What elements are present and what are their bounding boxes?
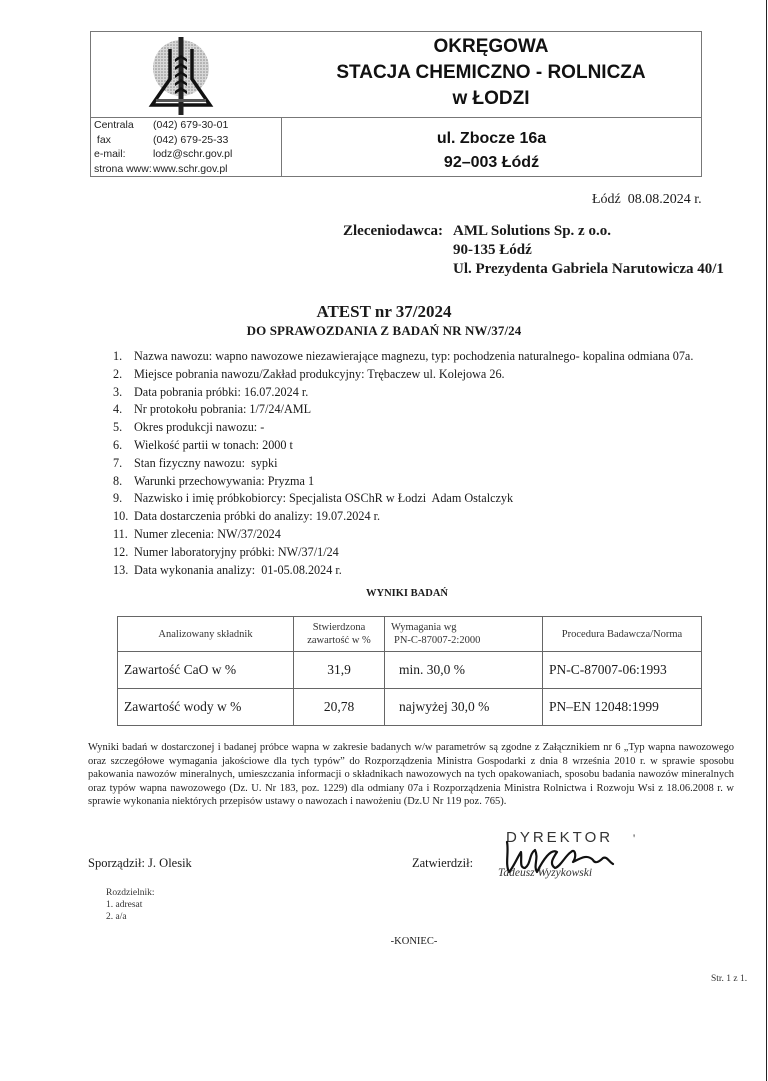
column-header-component: Analizowany składnik bbox=[118, 617, 294, 652]
document-page: OKRĘGOWA STACJA CHEMICZNO - ROLNICZA w Ł… bbox=[0, 0, 768, 1081]
contact-value: (042) 679-30-01 bbox=[153, 118, 228, 133]
cell-measured: 31,9 bbox=[294, 652, 385, 689]
list-item: 5.Okres produkcji nawozu: - bbox=[113, 419, 693, 437]
address-line: ul. Zbocze 16a bbox=[282, 127, 701, 151]
approved-by-label: Zatwierdził: bbox=[412, 856, 473, 871]
website-link[interactable]: www.schr.gov.pl bbox=[153, 162, 228, 177]
results-title: WYNIKI BADAŃ bbox=[0, 588, 768, 599]
list-item: 12.Numer laboratoryjny próbki: NW/37/1/2… bbox=[113, 544, 693, 562]
distribution-title: Rozdzielnik: bbox=[106, 887, 155, 899]
client-name: AML Solutions Sp. z o.o. bbox=[453, 223, 611, 239]
contact-label: strona www: bbox=[94, 162, 153, 177]
cell-requirement: min. 30,0 % bbox=[385, 652, 543, 689]
cell-measured: 20,78 bbox=[294, 689, 385, 726]
results-table: Analizowany składnik Stwierdzona zawarto… bbox=[117, 616, 702, 726]
contact-label: Centrala bbox=[94, 118, 153, 133]
address-line: 92–003 Łódź bbox=[282, 151, 701, 175]
column-header-measured: Stwierdzona zawartość w % bbox=[294, 617, 385, 652]
document-date: Łódź 08.08.2024 r. bbox=[592, 192, 702, 208]
list-item: 7.Stan fizyczny nawozu: sypki bbox=[113, 455, 693, 473]
list-item: 10.Data dostarczenia próbki do analizy: … bbox=[113, 508, 693, 526]
list-item: 2.Miejsce pobrania nawozu/Zakład produkc… bbox=[113, 366, 693, 384]
contact-row: fax (042) 679-25-33 bbox=[94, 133, 280, 148]
client-label: Zleceniodawca: bbox=[343, 222, 453, 241]
contact-row: strona www: www.schr.gov.pl bbox=[94, 162, 280, 177]
column-header-requirement: Wymagania wg PN-C-87007-2:2000 bbox=[385, 617, 543, 652]
director-name: Tadeusz Wyzykowski bbox=[498, 867, 592, 879]
list-item: 6.Wielkość partii w tonach: 2000 t bbox=[113, 437, 693, 455]
organization-address: ul. Zbocze 16a 92–003 Łódź bbox=[282, 127, 701, 175]
cell-component: Zawartość wody w % bbox=[118, 689, 294, 726]
client-block: Zleceniodawca:AML Solutions Sp. z o.o. 9… bbox=[343, 222, 724, 279]
page-edge bbox=[766, 0, 767, 1081]
list-item: 13.Data wykonania analizy: 01-05.08.2024… bbox=[113, 562, 693, 580]
conclusion-paragraph: Wyniki badań w dostarczonej i badanej pr… bbox=[88, 741, 734, 809]
org-line: w ŁODZI bbox=[281, 86, 701, 112]
contact-info: Centrala (042) 679-30-01 fax (042) 679-2… bbox=[94, 118, 280, 176]
contact-value: (042) 679-25-33 bbox=[153, 133, 228, 148]
list-item: 3.Data pobrania próbki: 16.07.2024 r. bbox=[113, 384, 693, 402]
cell-component: Zawartość CaO w % bbox=[118, 652, 294, 689]
sample-details-list: 1.Nazwa nawozu: wapno nawozowe niezawier… bbox=[113, 348, 693, 579]
contact-label: fax bbox=[94, 133, 153, 148]
list-item: 4.Nr protokołu pobrania: 1/7/24/AML bbox=[113, 401, 693, 419]
distribution-item: 1. adresat bbox=[106, 899, 155, 911]
distribution-list: Rozdzielnik: 1. adresat 2. a/a bbox=[106, 887, 155, 923]
client-address-line: Ul. Prezydenta Gabriela Narutowicza 40/1 bbox=[343, 260, 724, 279]
list-item: 1.Nazwa nawozu: wapno nawozowe niezawier… bbox=[113, 348, 693, 366]
cell-procedure: PN-C-87007-06:1993 bbox=[543, 652, 702, 689]
organization-name: OKRĘGOWA STACJA CHEMICZNO - ROLNICZA w Ł… bbox=[281, 34, 701, 112]
prepared-by: Sporządził: J. Olesik bbox=[88, 856, 192, 871]
end-marker: -KONIEC- bbox=[0, 936, 768, 947]
table-header-row: Analizowany składnik Stwierdzona zawarto… bbox=[118, 617, 702, 652]
cell-requirement: najwyżej 30,0 % bbox=[385, 689, 543, 726]
letterhead: OKRĘGOWA STACJA CHEMICZNO - ROLNICZA w Ł… bbox=[90, 31, 702, 177]
contact-label: e-mail: bbox=[94, 147, 153, 162]
contact-row: Centrala (042) 679-30-01 bbox=[94, 118, 280, 133]
cell-procedure: PN–EN 12048:1999 bbox=[543, 689, 702, 726]
list-item: 8.Warunki przechowywania: Pryzma 1 bbox=[113, 473, 693, 491]
org-line: OKRĘGOWA bbox=[281, 34, 701, 60]
email-link[interactable]: lodz@schr.gov.pl bbox=[153, 147, 232, 162]
page-number: Str. 1 z 1. bbox=[711, 974, 747, 984]
document-title: ATEST nr 37/2024 bbox=[0, 302, 768, 322]
wheat-flask-logo-icon bbox=[146, 35, 216, 115]
contact-row: e-mail: lodz@schr.gov.pl bbox=[94, 147, 280, 162]
distribution-item: 2. a/a bbox=[106, 911, 155, 923]
table-row: Zawartość CaO w % 31,9 min. 30,0 % PN-C-… bbox=[118, 652, 702, 689]
document-subtitle: DO SPRAWOZDANIA Z BADAŃ NR NW/37/24 bbox=[0, 323, 768, 339]
column-header-procedure: Procedura Badawcza/Norma bbox=[543, 617, 702, 652]
client-address-line: 90-135 Łódź bbox=[343, 241, 724, 260]
list-item: 11.Numer zlecenia: NW/37/2024 bbox=[113, 526, 693, 544]
table-row: Zawartość wody w % 20,78 najwyżej 30,0 %… bbox=[118, 689, 702, 726]
org-line: STACJA CHEMICZNO - ROLNICZA bbox=[281, 60, 701, 86]
list-item: 9.Nazwisko i imię próbkobiorcy: Specjali… bbox=[113, 490, 693, 508]
